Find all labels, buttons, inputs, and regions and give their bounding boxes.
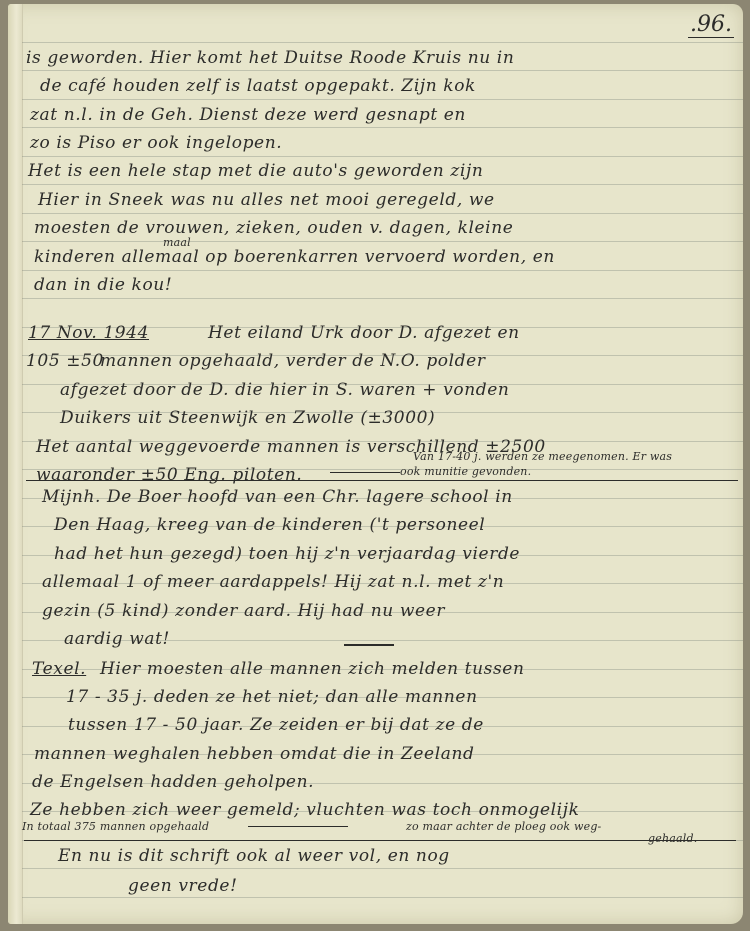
annotation-text: Van 17-40 j. werden ze meegenomen. Er wa… <box>413 450 672 463</box>
rule-line <box>22 897 743 898</box>
text-line: aardig wat! <box>64 629 170 649</box>
text-line: is geworden. Hier komt het Duitse Roode … <box>26 48 514 68</box>
margin-note: 105 ±50 <box>26 351 104 371</box>
text-line: kinderen allemaal op boerenkarren vervoe… <box>34 247 555 267</box>
text-line: had het hun gezegd) toen hij z'n verjaar… <box>54 544 520 564</box>
section-divider <box>26 480 738 481</box>
text-line: de Engelsen hadden geholpen. <box>32 772 314 792</box>
text-line: geen vrede! <box>128 876 238 896</box>
rule-line <box>22 270 743 271</box>
text-line: En nu is dit schrift ook al weer vol, en… <box>58 846 450 866</box>
text-line: afgezet door de D. die hier in S. waren … <box>60 380 509 400</box>
rule-line <box>22 156 743 157</box>
text-line: Hier moesten alle mannen zich melden tus… <box>100 659 525 679</box>
text-line: allemaal 1 of meer aardappels! Hij zat n… <box>42 572 504 592</box>
page-binding-edge <box>8 4 23 924</box>
rule-line <box>22 184 743 185</box>
text-line: zo is Piso er ook ingelopen. <box>30 133 282 153</box>
section-divider <box>344 644 394 646</box>
entry-date: 17 Nov. 1944 <box>28 323 149 343</box>
annotation-bracket <box>248 826 348 827</box>
page-number: .96. <box>688 12 734 38</box>
text-line: tussen 17 - 50 jaar. Ze zeiden er bij da… <box>68 715 484 735</box>
rule-line <box>22 127 743 128</box>
text-line: Hier in Sneek was nu alles net mooi gere… <box>38 190 495 210</box>
rule-line <box>22 868 743 869</box>
rule-line <box>22 213 743 214</box>
insertion-text: maal <box>163 236 191 249</box>
text-line: Ze hebben zich weer gemeld; vluchten was… <box>30 800 580 820</box>
rule-line <box>22 42 743 43</box>
text-line: zat n.l. in de Geh. Dienst deze werd ges… <box>30 105 466 125</box>
text-line: Het is een hele stap met die auto's gewo… <box>28 161 483 181</box>
diary-page: .96. is geworden. Hier komt het Duitse R… <box>8 4 743 924</box>
text-line: dan in die kou! <box>34 275 172 295</box>
annotation-bracket <box>330 472 400 473</box>
text-line: Den Haag, kreeg van de kinderen ('t pers… <box>54 515 485 535</box>
text-line: waaronder ±50 Eng. piloten. <box>36 465 302 485</box>
text-line: gezin (5 kind) zonder aard. Hij had nu w… <box>42 601 445 621</box>
rule-line <box>22 298 743 299</box>
text-line: Mijnh. De Boer hoofd van een Chr. lagere… <box>42 487 513 507</box>
rule-line <box>22 70 743 71</box>
text-line: Het eiland Urk door D. afgezet en <box>208 323 520 343</box>
text-line: de café houden zelf is laatst opgepakt. … <box>40 76 476 96</box>
section-divider <box>24 840 736 841</box>
annotation-text: ook munitie gevonden. <box>400 465 531 478</box>
rule-line <box>22 99 743 100</box>
note-text: In totaal 375 mannen opgehaald <box>22 820 209 833</box>
entry-place: Texel. <box>32 659 86 679</box>
text-line: mannen weghalen hebben omdat die in Zeel… <box>34 744 475 764</box>
note-text: zo maar achter de ploeg ook weg- <box>406 820 601 833</box>
rule-line <box>22 241 743 242</box>
text-line: moesten de vrouwen, zieken, ouden v. dag… <box>34 218 513 238</box>
text-line: mannen opgehaald, verder de N.O. polder <box>100 351 486 371</box>
text-line: Duikers uit Steenwijk en Zwolle (±3000) <box>60 408 435 428</box>
note-text: gehaald. <box>648 832 697 845</box>
text-line: 17 - 35 j. deden ze het niet; dan alle m… <box>66 687 478 707</box>
